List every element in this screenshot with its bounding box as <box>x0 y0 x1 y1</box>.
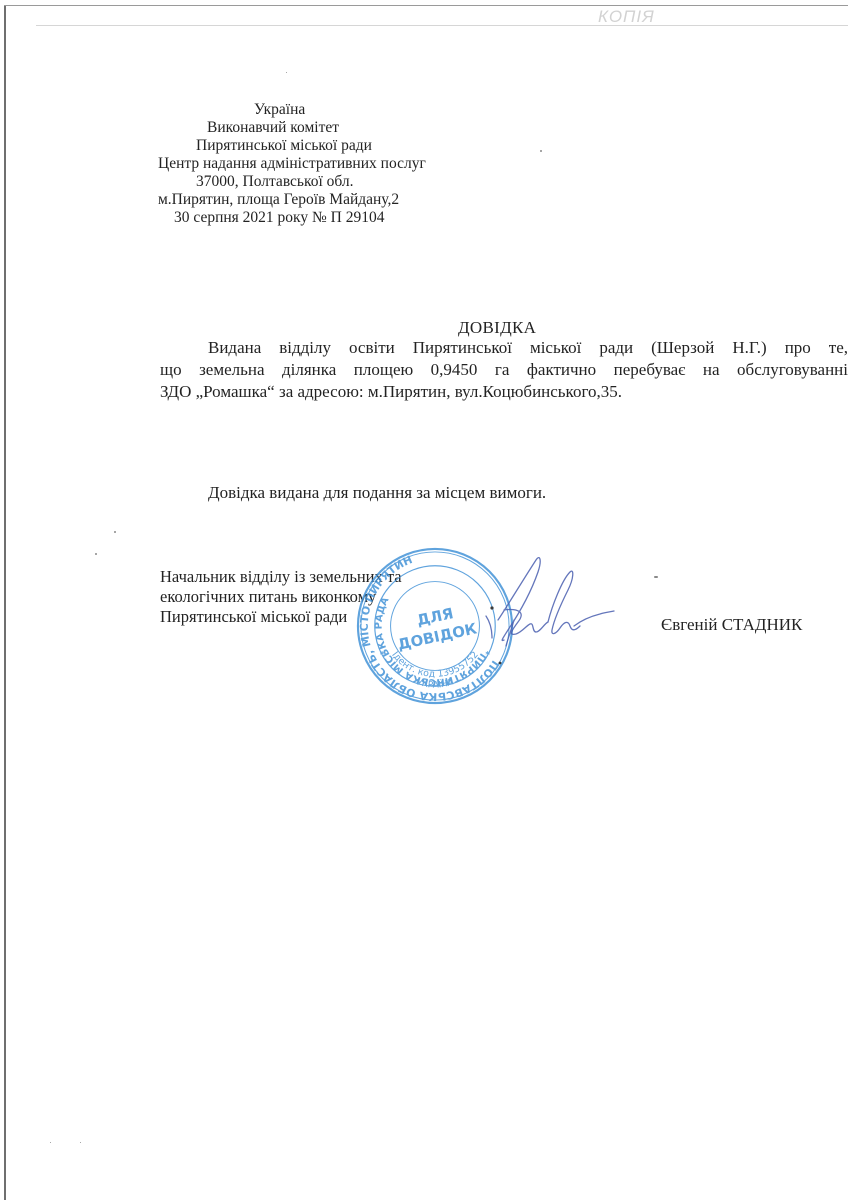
scan-line <box>36 25 848 26</box>
handwritten-signature-icon <box>478 550 618 670</box>
header-center: Центр надання адміністративних послуг <box>158 155 426 173</box>
copy-watermark: КОПІЯ <box>598 7 655 27</box>
scan-speck <box>95 553 97 555</box>
page-edge-left <box>4 6 6 1200</box>
header-postcode: 37000, Полтавської обл. <box>196 173 354 191</box>
purpose-statement: Довідка видана для подання за місцем вим… <box>208 483 546 503</box>
document-body: Видана відділу освіти Пирятинської міськ… <box>160 337 848 403</box>
scan-speck <box>114 531 116 533</box>
signer-position-line: Пирятинської міської ради <box>160 607 347 627</box>
body-line: що земельна ділянка площею 0,9450 га фак… <box>160 359 848 381</box>
signer-name: Євгеній СТАДНИК <box>661 615 802 635</box>
svg-text:*: * <box>380 651 385 661</box>
scan-speck <box>654 576 658 578</box>
header-country: Україна <box>254 101 305 119</box>
page-edge-top <box>4 5 848 6</box>
scan-speck <box>286 72 287 73</box>
scan-speck <box>80 1142 81 1143</box>
scan-speck <box>540 150 542 152</box>
signer-position-line: екологічних питань виконкому <box>160 587 376 607</box>
scan-speck <box>50 1142 51 1143</box>
body-line: ЗДО „Ромашка“ за адресою: м.Пирятин, вул… <box>160 381 848 403</box>
body-line: Видана відділу освіти Пирятинської міськ… <box>160 337 848 359</box>
header-council: Пирятинської міської ради <box>196 137 372 155</box>
document-title: ДОВІДКА <box>458 318 536 338</box>
header-date-number: 30 серпня 2021 року № П 29104 <box>174 209 384 227</box>
header-address: м.Пирятин, площа Героїв Майдану,2 <box>158 191 399 209</box>
header-committee: Виконавчий комітет <box>207 119 339 137</box>
